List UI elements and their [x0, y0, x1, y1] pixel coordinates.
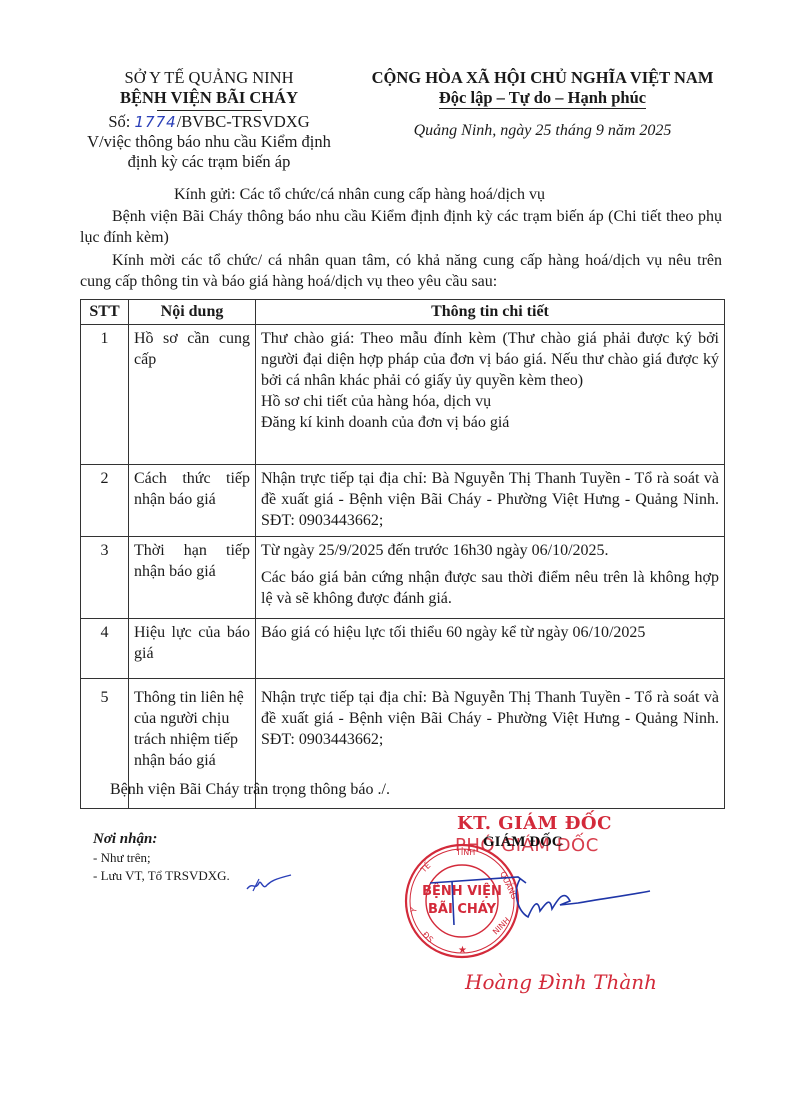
table-header-row: STT Nội dung Thông tin chi tiết: [81, 300, 725, 325]
signer-name: Hoàng Đình Thành: [465, 970, 657, 994]
row-number: 3: [81, 537, 129, 619]
official-seal-icon: BỆNH VIỆN BÃI CHÁY Y TẾ TỈNH QUẢNG NINH …: [400, 843, 670, 973]
detail-line: Nhận trực tiếp tại địa chỉ: Bà Nguyễn Th…: [261, 687, 719, 750]
table-row: 4 Hiệu lực của báo giá Báo giá có hiệu l…: [81, 619, 725, 679]
initials-mark-icon: [245, 873, 295, 895]
header-divider: [157, 110, 262, 111]
detail-line: Thư chào giá: Theo mẫu đính kèm (Thư chà…: [261, 328, 719, 391]
document-number-prefix: Số:: [108, 112, 134, 131]
subject-line-2: định kỳ các trạm biến áp: [78, 152, 340, 172]
signature-block: KT. GIÁM ĐỐC PHÓ GIÁM ĐỐC GIÁM ĐỐC BỆNH …: [395, 808, 675, 1018]
detail-line: Từ ngày 25/9/2025 đến trước 16h30 ngày 0…: [261, 540, 719, 561]
row-number: 1: [81, 325, 129, 465]
document-subject: V/việc thông báo nhu cầu Kiểm định định …: [78, 132, 340, 172]
row-number: 4: [81, 619, 129, 679]
row-details: Nhận trực tiếp tại địa chỉ: Bà Nguyễn Th…: [256, 465, 725, 537]
row-content: Cách thức tiếp nhận báo giá: [129, 465, 256, 537]
national-title: CỘNG HÒA XÃ HỘI CHỦ NGHĨA VIỆT NAM: [345, 68, 740, 88]
document-number: Số: 1774/BVBC-TRSVDXG: [78, 112, 340, 132]
row-details: Thư chào giá: Theo mẫu đính kèm (Thư chà…: [256, 325, 725, 465]
column-header-details: Thông tin chi tiết: [256, 300, 725, 325]
recipient-item: - Như trên;: [93, 849, 230, 867]
row-content: Thời hạn tiếp nhận báo giá: [129, 537, 256, 619]
document-number-handwritten: 1774: [135, 113, 177, 131]
body-paragraph-2: Kính mời các tổ chức/ cá nhân quan tâm, …: [80, 250, 722, 292]
detail-line: Đăng kí kinh doanh của đơn vị báo giá: [261, 412, 719, 433]
table-row: 2 Cách thức tiếp nhận báo giá Nhận trực …: [81, 465, 725, 537]
requirements-table: STT Nội dung Thông tin chi tiết 1 Hồ sơ …: [80, 299, 725, 809]
body-paragraph-1: Bệnh viện Bãi Cháy thông báo nhu cầu Kiể…: [80, 206, 722, 248]
detail-line: Các báo giá bản cứng nhận được sau thời …: [261, 567, 719, 609]
subject-line-1: V/việc thông báo nhu cầu Kiểm định: [78, 132, 340, 152]
row-content: Hồ sơ cần cung cấp: [129, 325, 256, 465]
row-number: 2: [81, 465, 129, 537]
recipient-item: - Lưu VT, Tổ TRSVDXG.: [93, 867, 230, 885]
document-number-suffix: /BVBC-TRSVDXG: [177, 112, 310, 131]
column-header-content: Nội dung: [129, 300, 256, 325]
national-heading-block: CỘNG HÒA XÃ HỘI CHỦ NGHĨA VIỆT NAM Độc l…: [345, 68, 740, 140]
table-row: 1 Hồ sơ cần cung cấp Thư chào giá: Theo …: [81, 325, 725, 465]
stamp-title-kt: KT. GIÁM ĐỐC: [457, 813, 612, 834]
recipients-title: Nơi nhận:: [93, 830, 230, 849]
parent-organization: SỞ Y TẾ QUẢNG NINH: [78, 68, 340, 88]
table-row: 3 Thời hạn tiếp nhận báo giá Từ ngày 25/…: [81, 537, 725, 619]
svg-text:TẾ: TẾ: [417, 859, 433, 875]
seal-center-line-1: BỆNH VIỆN: [422, 883, 502, 899]
national-motto: Độc lập – Tự do – Hạnh phúc: [439, 88, 646, 109]
closing-line: Bệnh viện Bãi Cháy trân trọng thông báo …: [110, 779, 390, 800]
svg-text:★: ★: [458, 945, 467, 956]
svg-text:Y: Y: [409, 907, 419, 914]
seal-center-line-2: BÃI CHÁY: [428, 901, 497, 917]
detail-line: Nhận trực tiếp tại địa chỉ: Bà Nguyễn Th…: [261, 468, 719, 531]
place-and-date: Quảng Ninh, ngày 25 tháng 9 năm 2025: [345, 122, 740, 140]
issuing-unit: BỆNH VIỆN BÃI CHÁY: [78, 88, 340, 108]
issuing-authority-block: SỞ Y TẾ QUẢNG NINH BỆNH VIỆN BÃI CHÁY Số…: [78, 68, 340, 172]
column-header-stt: STT: [81, 300, 129, 325]
recipients-block: Nơi nhận: - Như trên; - Lưu VT, Tổ TRSVD…: [93, 830, 230, 885]
row-content: Hiệu lực của báo giá: [129, 619, 256, 679]
row-details: Từ ngày 25/9/2025 đến trước 16h30 ngày 0…: [256, 537, 725, 619]
detail-line: Hồ sơ chi tiết của hàng hóa, dịch vụ: [261, 391, 719, 412]
detail-line: Báo giá có hiệu lực tối thiểu 60 ngày kể…: [261, 622, 719, 643]
addressee-line: Kính gửi: Các tổ chức/cá nhân cung cấp h…: [174, 184, 545, 205]
svg-text:TỈNH: TỈNH: [455, 846, 475, 857]
row-details: Báo giá có hiệu lực tối thiểu 60 ngày kể…: [256, 619, 725, 679]
